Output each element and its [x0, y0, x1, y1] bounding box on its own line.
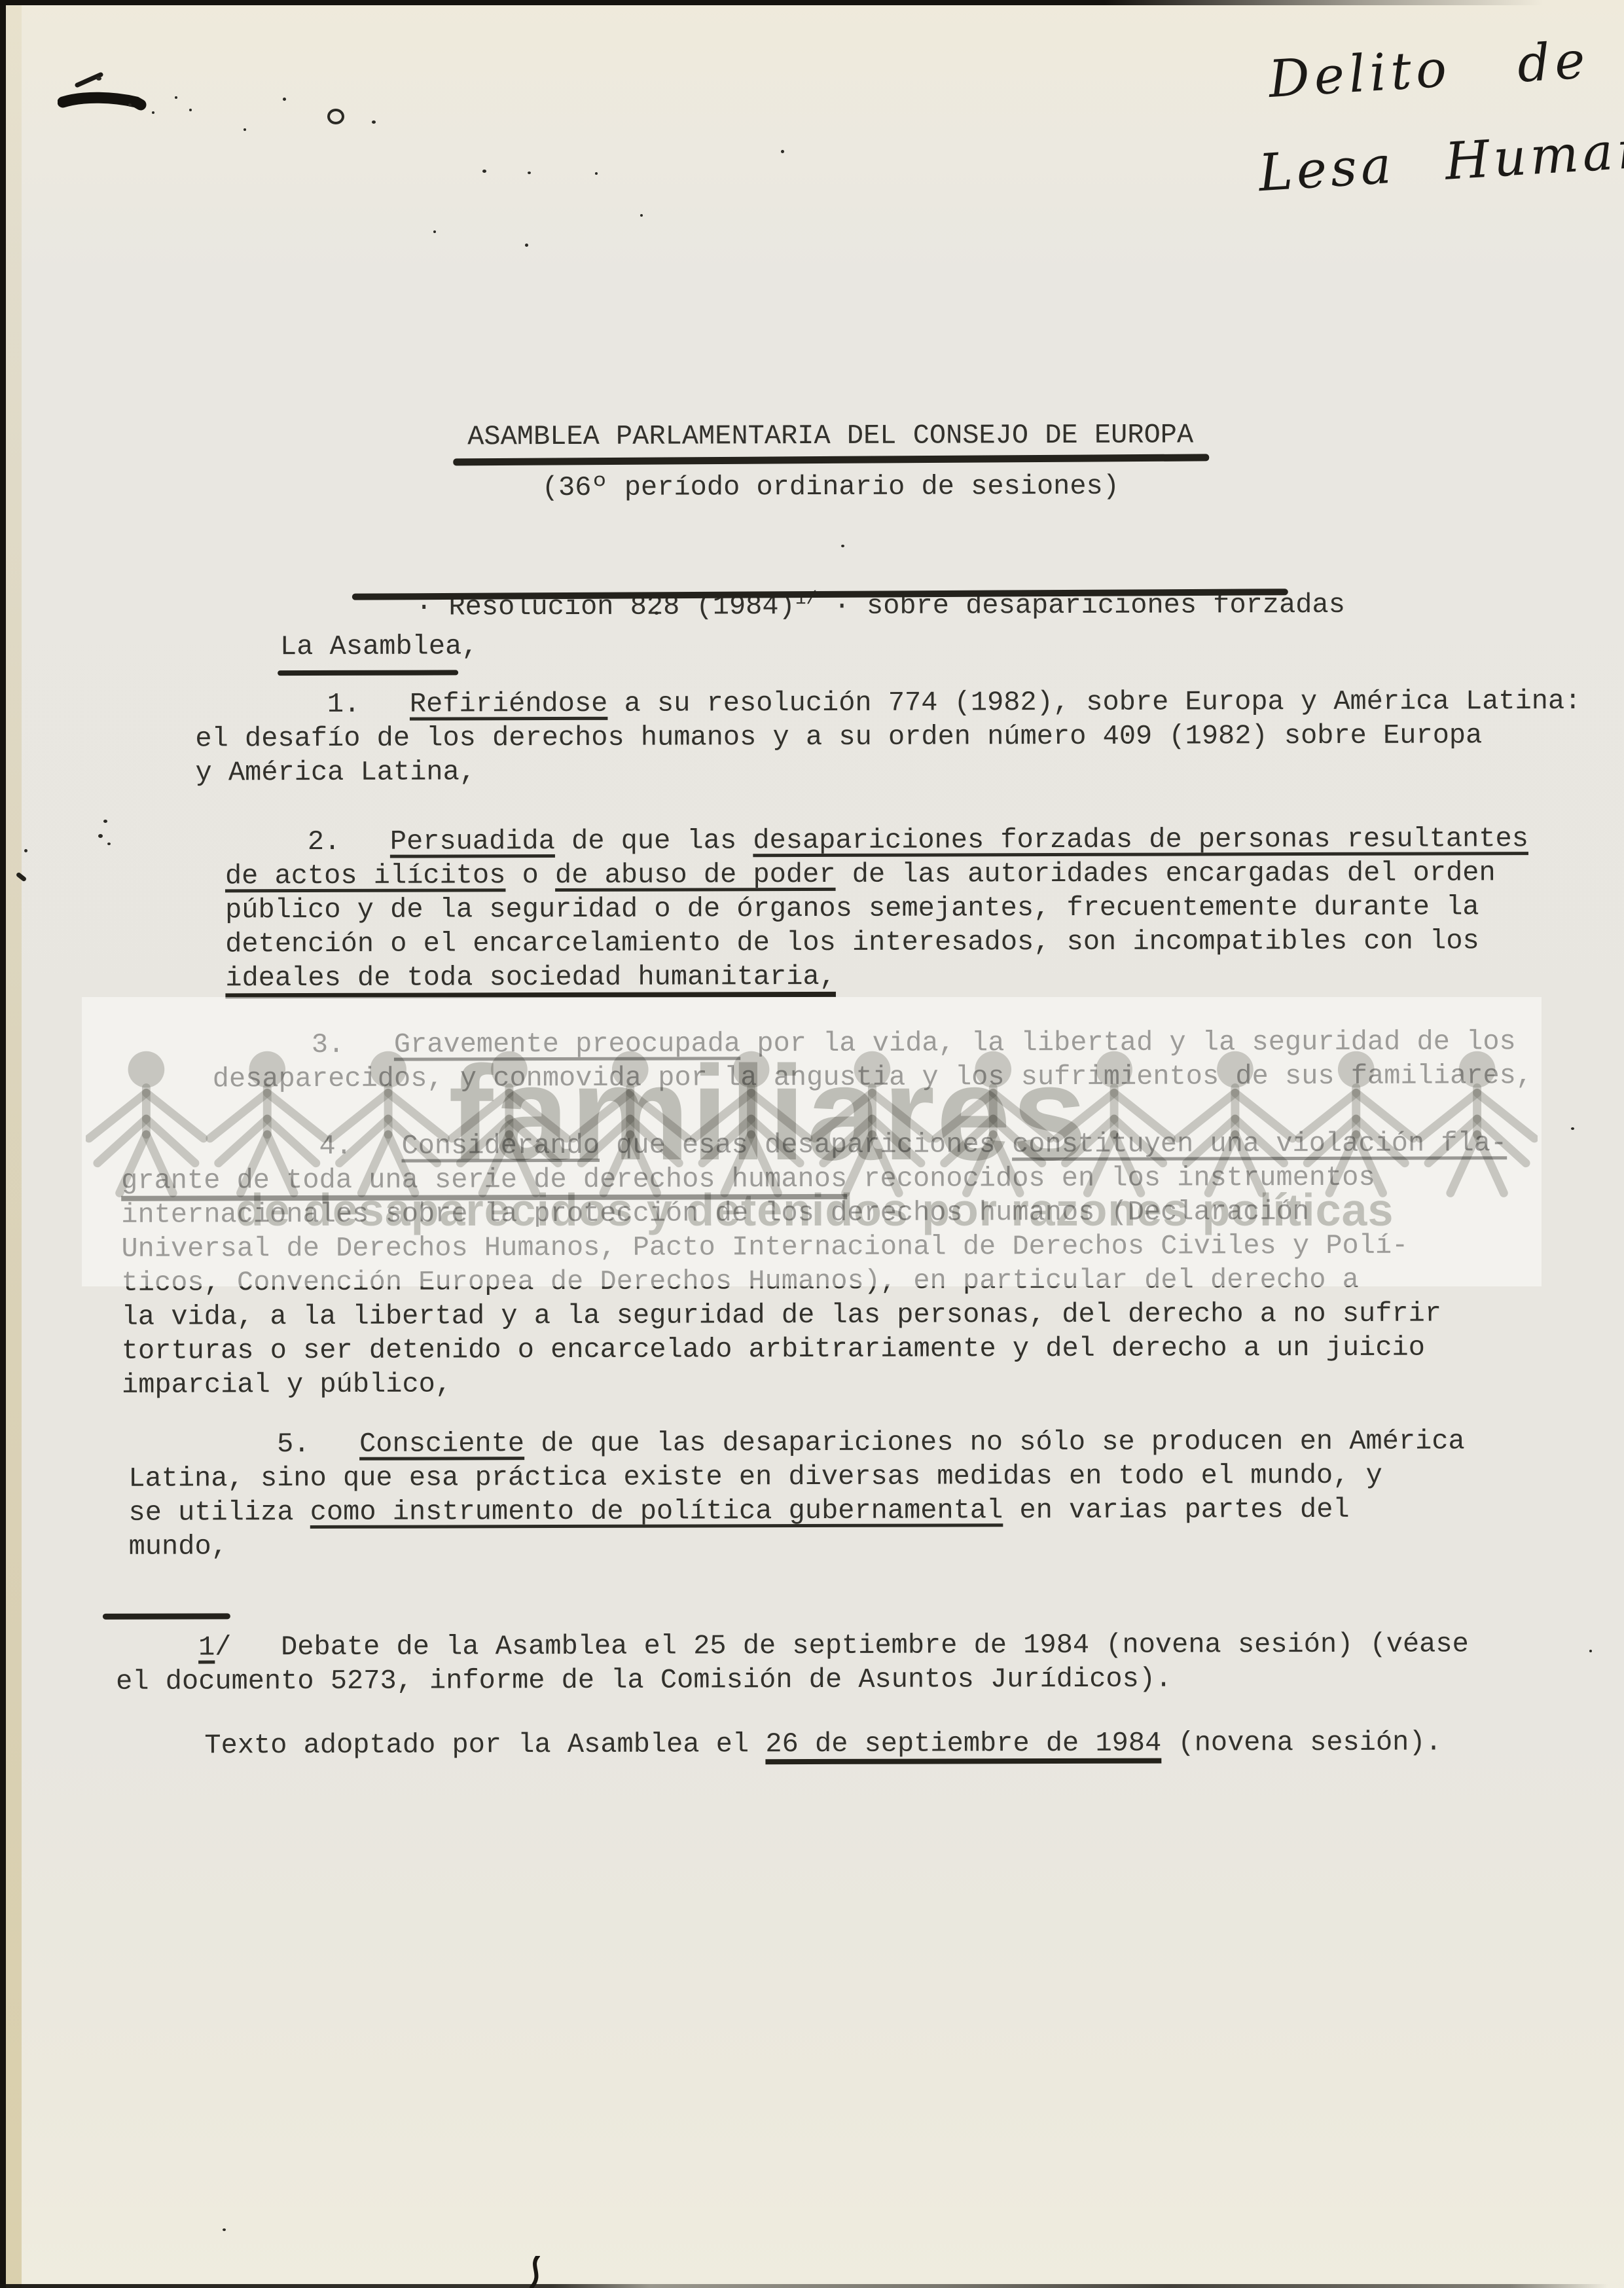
text-line: detención o el encarcelamiento de los in…	[225, 924, 1528, 961]
text-line: 1/ Debate de la Asamblea el 25 de septie…	[116, 1627, 1469, 1664]
text-line: 1. Refiriéndose a su resolución 774 (198…	[195, 684, 1581, 722]
text-line: y América Latina,	[195, 752, 1581, 790]
paragraph-4: 4. Considerando que esas desapariciones …	[121, 1126, 1507, 1402]
paragraph-3: 3. Gravemente preocupada por la vida, la…	[213, 1025, 1533, 1096]
text-line: Universal de Derechos Humanos, Pacto Int…	[121, 1228, 1507, 1266]
text-line: el documento 5273, informe de la Comisió…	[116, 1661, 1469, 1698]
footnote-1: 1/ Debate de la Asamblea el 25 de septie…	[116, 1627, 1469, 1698]
text-line: público y de la seguridad o de órganos s…	[225, 890, 1528, 927]
resolution-title: · Resolución 828 (1984)1/ · sobre desapa…	[39, 547, 1623, 585]
text-line: 5. Consciente de que las desapariciones …	[128, 1424, 1465, 1461]
paragraph-5: 5. Consciente de que las desapariciones …	[128, 1424, 1465, 1563]
title-underline	[453, 454, 1209, 465]
text-line: torturas o ser detenido o encarcelado ar…	[122, 1330, 1507, 1368]
salutation-underline	[278, 670, 458, 676]
text-line: Latina, sino que esa práctica existe en …	[128, 1458, 1465, 1495]
scanned-document-page: Delito de Lesa Humanida ASAMBLEA PARLAME…	[0, 0, 1624, 2288]
text-line: internacionales sobre la protección de l…	[121, 1194, 1507, 1232]
salutation: La Asamblea,	[280, 629, 478, 664]
text-line: imparcial y público,	[122, 1364, 1507, 1402]
text-line: 3. Gravemente preocupada por la vida, la…	[213, 1025, 1532, 1062]
paragraph-2: 2. Persuadida de que las desapariciones …	[225, 822, 1529, 995]
text-line: ideales de toda sociedad humanitaria,	[225, 958, 1528, 995]
typed-text-layer: ASAMBLEA PARLAMENTARIA DEL CONSEJO DE EU…	[0, 0, 1624, 2288]
text-line: 4. Considerando que esas desapariciones …	[121, 1126, 1507, 1164]
text-line: se utiliza como instrumento de política …	[128, 1492, 1465, 1529]
document-title: ASAMBLEA PARLAMENTARIA DEL CONSEJO DE EU…	[39, 417, 1622, 455]
text-line: la vida, a la libertad y a la seguridad …	[122, 1296, 1507, 1334]
text-line: desaparecidos, y conmovida por la angust…	[213, 1059, 1532, 1096]
footnote-separator-rule	[103, 1613, 230, 1620]
text-line: Texto adoptado por la Asamblea el 26 de …	[204, 1725, 1441, 1762]
text-line: de actos ilícitos o de abuso de poder de…	[225, 856, 1528, 893]
text-line: 2. Persuadida de que las desapariciones …	[225, 822, 1528, 859]
text-line: mundo,	[129, 1526, 1466, 1563]
text-line: ticos, Convención Europea de Derechos Hu…	[121, 1262, 1507, 1300]
session-subtitle: (36º período ordinario de sesiones)	[39, 468, 1622, 506]
text-line: grante de toda una serie de derechos hum…	[121, 1160, 1507, 1198]
text-line: el desafío de los derechos humanos y a s…	[195, 718, 1581, 756]
bottom-edge-mark	[524, 2256, 550, 2288]
paragraph-1: 1. Refiriéndose a su resolución 774 (198…	[195, 684, 1581, 790]
footnote-adoption-note: Texto adoptado por la Asamblea el 26 de …	[204, 1725, 1441, 1762]
